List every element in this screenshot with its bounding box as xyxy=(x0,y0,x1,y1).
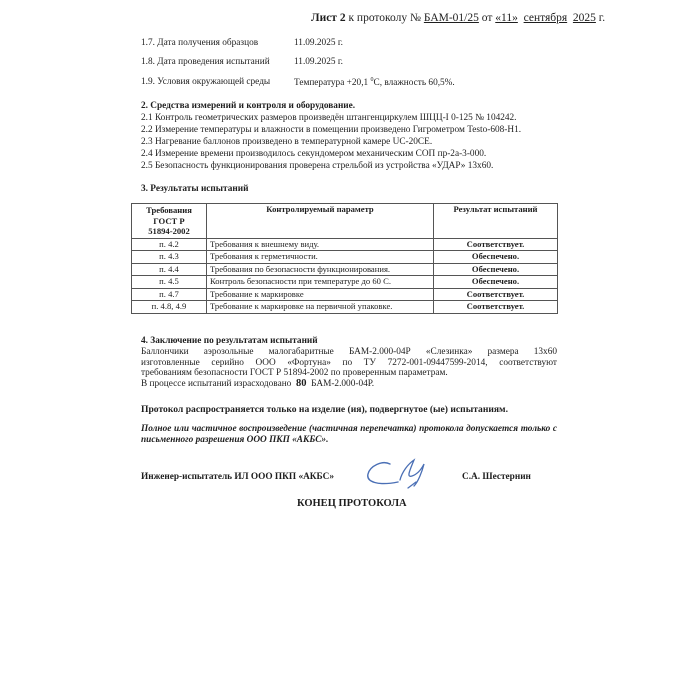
header-gost-line-1: Требования xyxy=(146,205,192,215)
table-row: п. 4.3Требования к герметичности.Обеспеч… xyxy=(132,251,558,264)
protocol-year: 2025 xyxy=(573,12,596,24)
year-suffix: г. xyxy=(599,12,605,24)
section-2-title: 2. Средства измерений и контроля и обору… xyxy=(141,101,355,111)
requirement-clause: п. 4.4 xyxy=(132,263,207,276)
table-row: п. 4.4Требования по безопасности функцио… xyxy=(132,263,558,276)
table-row: п. 4.5Контроль безопасности при температ… xyxy=(132,276,558,289)
requirement-clause: п. 4.3 xyxy=(132,251,207,264)
controlled-parameter: Контроль безопасности при температуре до… xyxy=(207,276,434,289)
table-row: п. 4.7Требование к маркировкеСоответству… xyxy=(132,288,558,301)
info-value-conditions: Температура +20,1 0С, влажность 60,5%. xyxy=(294,77,455,88)
consumed-count: 80 xyxy=(296,378,307,389)
consumed-prefix: В процессе испытаний израсходовано xyxy=(141,379,291,389)
header-gost-requirements: Требования ГОСТ Р 51894-2002 xyxy=(132,204,207,239)
section-4-title: 4. Заключение по результатам испытаний xyxy=(141,336,318,346)
controlled-parameter: Требование к маркировке на первичной упа… xyxy=(207,301,434,314)
controlled-parameter: Требования по безопасности функционирова… xyxy=(207,263,434,276)
signatory-title: Инженер-испытатель ИЛ ООО ПКП «АКБС» xyxy=(141,472,334,482)
number-sign: № xyxy=(410,12,421,24)
section-2-line-5: 2.5 Безопасность функционирования провер… xyxy=(141,161,493,171)
test-result: Соответствует. xyxy=(434,288,558,301)
conclusion-line-3: требованиям безопасности ГОСТ Р 51894-20… xyxy=(141,368,448,378)
header-test-result: Результат испытаний xyxy=(434,204,558,239)
header-gost-line-2: ГОСТ Р xyxy=(153,216,184,226)
protocol-day: «11» xyxy=(495,12,518,24)
scope-note: Протокол распространяется только на изде… xyxy=(141,404,508,415)
results-table: Требования ГОСТ Р 51894-2002 Контролируе… xyxy=(131,203,558,314)
section-2-line-2: 2.2 Измерение температуры и влажности в … xyxy=(141,125,521,135)
sheet-header: Лист 2 к протоколу № БАМ-01/25 от «11» с… xyxy=(311,12,605,24)
controlled-parameter: Требования к внешнему виду. xyxy=(207,238,434,251)
requirement-clause: п. 4.7 xyxy=(132,288,207,301)
test-result: Соответствует. xyxy=(434,301,558,314)
info-label-test-date: 1.8. Дата проведения испытаний xyxy=(141,57,270,67)
conclusion-line-1: Баллончики аэрозольные малогабаритные БА… xyxy=(141,347,557,358)
conclusion-text: Баллончики аэрозольные малогабаритные БА… xyxy=(141,347,557,389)
info-label-conditions: 1.9. Условия окружающей среды xyxy=(141,77,270,87)
test-result: Обеспечено. xyxy=(434,276,558,289)
test-result: Обеспечено. xyxy=(434,251,558,264)
consumed-suffix: БАМ-2.000-04Р. xyxy=(311,379,374,389)
requirement-clause: п. 4.5 xyxy=(132,276,207,289)
results-table-header: Требования ГОСТ Р 51894-2002 Контролируе… xyxy=(132,204,558,239)
protocol-number: БАМ-01/25 xyxy=(424,12,479,24)
header-gost-line-3: 51894-2002 xyxy=(148,226,190,236)
header-controlled-parameter: Контролируемый параметр xyxy=(207,204,434,239)
info-value-test-date: 11.09.2025 г. xyxy=(294,57,343,67)
section-3-title: 3. Результаты испытаний xyxy=(141,184,248,194)
section-2-line-1: 2.1 Контроль геометрических размеров про… xyxy=(141,113,517,123)
reproduction-note-line-1: Полное или частичное воспроизведение (ча… xyxy=(141,424,557,435)
reproduction-note: Полное или частичное воспроизведение (ча… xyxy=(141,424,557,446)
controlled-parameter: Требование к маркировке xyxy=(207,288,434,301)
info-value-receipt-date: 11.09.2025 г. xyxy=(294,38,343,48)
temperature-text: Температура +20,1 xyxy=(294,78,368,88)
reproduction-note-line-2: письменного разрешения ООО ПКП «АКБС». xyxy=(141,435,328,445)
to-protocol-text: к протоколу xyxy=(348,12,407,24)
controlled-parameter: Требования к герметичности. xyxy=(207,251,434,264)
test-result: Соответствует. xyxy=(434,238,558,251)
table-row: п. 4.8, 4.9Требование к маркировке на пе… xyxy=(132,301,558,314)
signatory-name: С.А. Шестернин xyxy=(462,472,531,482)
section-2-line-3: 2.3 Нагревание баллонов произведено в те… xyxy=(141,137,432,147)
table-row: п. 4.2Требования к внешнему виду.Соответ… xyxy=(132,238,558,251)
protocol-month: сентября xyxy=(524,12,568,24)
from-text: от xyxy=(482,12,493,24)
test-result: Обеспечено. xyxy=(434,263,558,276)
end-of-protocol-title: КОНЕЦ ПРОТОКОЛА xyxy=(297,498,407,509)
sheet-label: Лист 2 xyxy=(311,12,346,24)
signature-image xyxy=(364,452,440,492)
conclusion-line-2: изготовленные серийно ООО «Фортуна» по Т… xyxy=(141,358,557,369)
humidity-text: С, влажность 60,5%. xyxy=(374,78,455,88)
requirement-clause: п. 4.2 xyxy=(132,238,207,251)
section-2-line-4: 2.4 Измерение времени производилось секу… xyxy=(141,149,486,159)
requirement-clause: п. 4.8, 4.9 xyxy=(132,301,207,314)
info-label-receipt-date: 1.7. Дата получения образцов xyxy=(141,38,258,48)
